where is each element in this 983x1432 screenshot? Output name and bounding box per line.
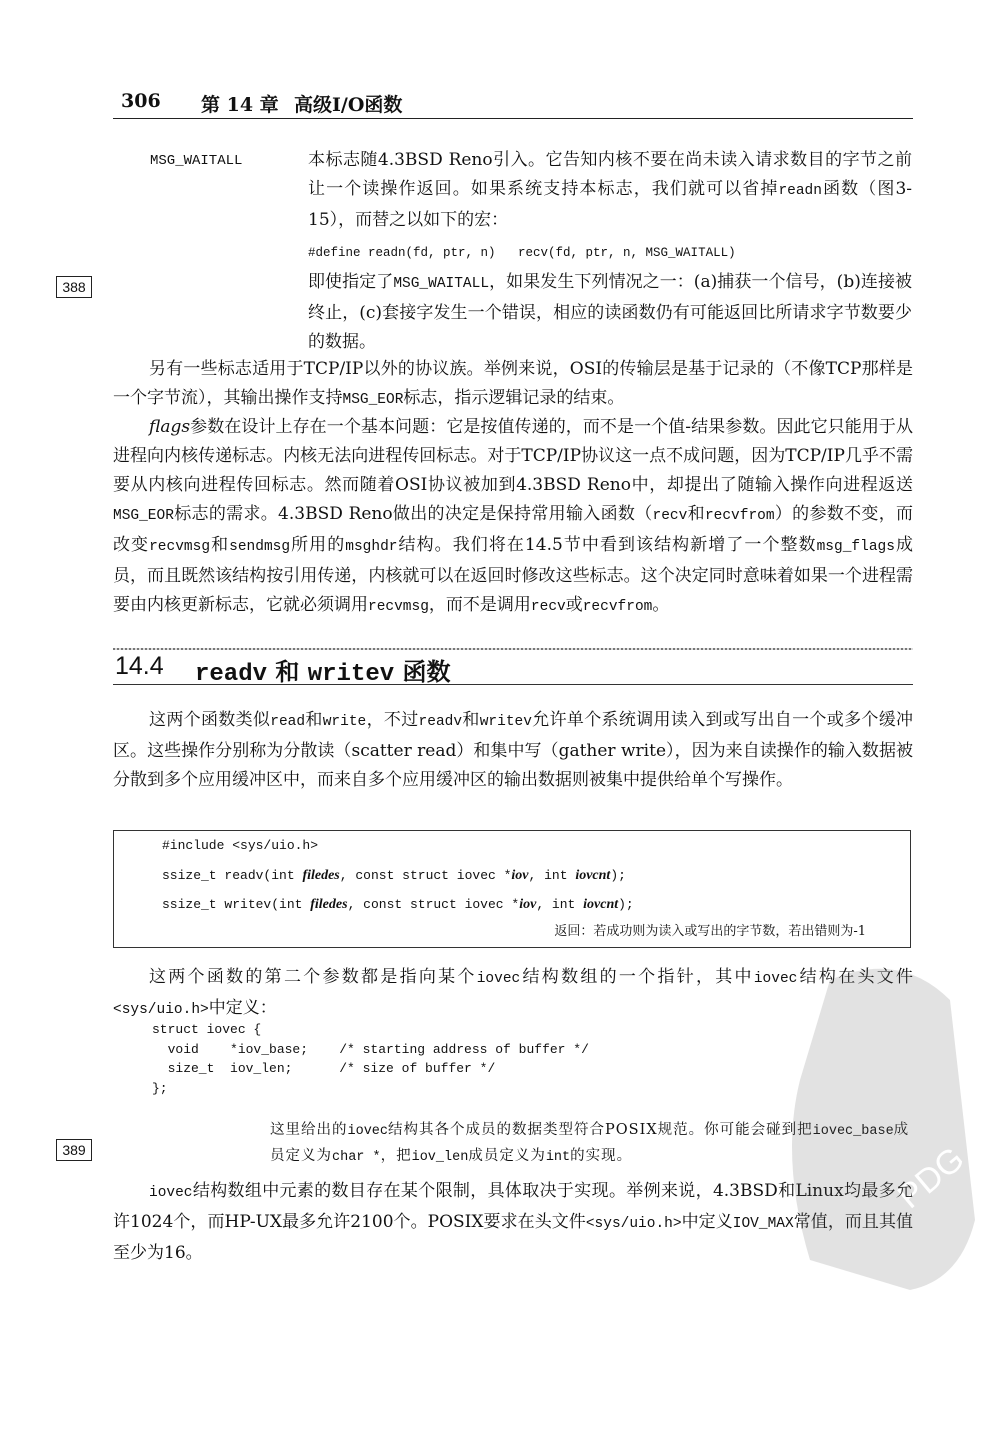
- code-text: iovec: [348, 1124, 389, 1139]
- code-text: sendmsg: [229, 539, 290, 555]
- text: 这里给出的: [270, 1122, 348, 1138]
- seal-watermark-icon: PDG: [790, 960, 980, 1300]
- text: ，不过: [366, 710, 418, 730]
- text: 标志的需求。4.3BSD Reno做出的决定是保持常用输入函数（: [174, 504, 653, 524]
- code-text: recvfrom: [705, 508, 775, 524]
- section-divider: [113, 648, 913, 650]
- code-text: recv: [531, 599, 566, 615]
- definition-term: MSG_WAITALL: [150, 153, 242, 169]
- param-name: iovcnt: [575, 868, 610, 883]
- text: 和: [462, 710, 480, 730]
- chapter-label: 第 14 章: [201, 90, 279, 117]
- define-macro-line: #define readn(fd, ptr, n) recv(fd, ptr, …: [308, 246, 736, 260]
- paragraph-other-flags: 另有一些标志适用于TCP/IP以外的协议族。举例来说，OSI的传输层是基于记录的…: [113, 355, 913, 415]
- text: 标志，指示逻辑记录的结束。: [403, 388, 624, 408]
- seal-watermark: PDG: [790, 960, 980, 1300]
- paragraph-flags: flags参数在设计上存在一个基本问题：它是按值传递的，而不是一个值-结果参数。…: [113, 413, 913, 622]
- text: 结构其各个成员的数据类型符合POSIX规范。你可能会碰到把: [388, 1122, 813, 1138]
- code-text: iovec: [477, 971, 521, 987]
- code-text: recvfrom: [583, 599, 653, 615]
- code-text: <sys/uio.h>: [586, 1216, 682, 1232]
- code-text: MSG_EOR: [343, 392, 404, 408]
- text: 这两个函数的第二个参数都是指向某个: [149, 967, 477, 987]
- text: 结构。我们将在14.5节中看到该结构新增了一个整数: [398, 535, 817, 555]
- paragraph-intro: 这两个函数类似read和write，不过readv和writev允许单个系统调用…: [113, 706, 913, 795]
- code-text: , int: [529, 868, 576, 883]
- include-line: #include <sys/uio.h>: [162, 838, 318, 853]
- text: 中定义: [682, 1212, 733, 1232]
- text: 即使指定了: [308, 272, 393, 292]
- text: 结构数组的一个指针，其中: [520, 967, 754, 987]
- definition-body-continued: 即使指定了MSG_WAITALL，如果发生下列情况之一：(a)捕获一个信号，(b…: [308, 268, 912, 357]
- text: 中定义：: [209, 998, 277, 1018]
- code-text: , const struct iovec *: [348, 897, 520, 912]
- code-text: recv: [653, 508, 688, 524]
- text: 和: [687, 504, 705, 524]
- running-header: 306 第 14 章 高级I/O函数: [113, 88, 913, 119]
- code-text: readv: [419, 714, 463, 730]
- code-text: readv: [195, 661, 267, 688]
- code-text: readn: [778, 183, 822, 199]
- text: 和: [210, 535, 229, 555]
- text: 和: [267, 657, 308, 686]
- text: ，而不是调用: [429, 595, 531, 615]
- code-text: iov_len: [412, 1150, 469, 1165]
- return-value-note: 返回：若成功则为读入或写出的字节数，若出错则为-1: [554, 920, 866, 939]
- section-heading: 14.4 readv 和 writev 函数: [113, 652, 913, 685]
- function-prototype-box: #include <sys/uio.h> ssize_t readv(int f…: [113, 830, 911, 948]
- chapter-title: 高级I/O函数: [294, 90, 402, 117]
- code-text: msghdr: [345, 539, 397, 555]
- text: 所用的: [290, 535, 345, 555]
- text: 参数在设计上存在一个基本问题：它是按值传递的，而不是一个值-结果参数。因此它只能…: [113, 417, 913, 495]
- definition-body: 本标志随4.3BSD Reno引入。它告知内核不要在尚未读入请求数目的字节之前让…: [308, 146, 912, 235]
- code-text: );: [610, 868, 626, 883]
- margin-page-ref: 388: [56, 276, 92, 298]
- code-text: writev: [480, 714, 532, 730]
- code-text: write: [323, 714, 367, 730]
- param-name: filedes: [302, 868, 339, 883]
- code-text: );: [618, 897, 634, 912]
- code-text: MSG_EOR: [113, 508, 174, 524]
- margin-page-ref: 389: [56, 1139, 92, 1161]
- readv-prototype: ssize_t readv(int filedes, const struct …: [162, 868, 626, 884]
- code-text: , int: [536, 897, 583, 912]
- param-name: iovcnt: [583, 897, 618, 912]
- section-title: readv 和 writev 函数: [195, 652, 451, 688]
- code-text: iovec: [149, 1185, 193, 1201]
- text: 函数: [394, 657, 450, 686]
- code-text: read: [270, 714, 305, 730]
- section-number: 14.4: [115, 652, 164, 681]
- code-text: writev: [308, 661, 394, 688]
- param-name: iov: [511, 868, 528, 883]
- text: 这两个函数类似: [149, 710, 270, 730]
- italic-term: flags: [149, 417, 190, 437]
- text: 和: [305, 710, 323, 730]
- code-text: ssize_t writev(int: [162, 897, 310, 912]
- text: 成员定义为: [468, 1148, 546, 1164]
- code-text: recvmsg: [149, 539, 210, 555]
- code-text: IOV_MAX: [733, 1216, 794, 1232]
- text: 的实现。: [570, 1148, 632, 1164]
- code-text: ssize_t readv(int: [162, 868, 302, 883]
- text: 。: [652, 595, 669, 615]
- param-name: iov: [519, 897, 536, 912]
- page-number: 306: [121, 90, 161, 112]
- code-text: MSG_WAITALL: [393, 276, 489, 292]
- code-text: , const struct iovec *: [340, 868, 512, 883]
- code-text: <sys/uio.h>: [113, 1002, 209, 1018]
- text: 或: [566, 595, 583, 615]
- param-name: filedes: [310, 897, 347, 912]
- text: ，把: [381, 1148, 412, 1164]
- writev-prototype: ssize_t writev(int filedes, const struct…: [162, 897, 634, 913]
- code-text: int: [546, 1150, 570, 1165]
- code-text: char *: [332, 1150, 381, 1165]
- code-text: msg_flags: [817, 539, 895, 555]
- struct-iovec-code: struct iovec { void *iov_base; /* starti…: [152, 1020, 589, 1098]
- code-text: recvmsg: [368, 599, 429, 615]
